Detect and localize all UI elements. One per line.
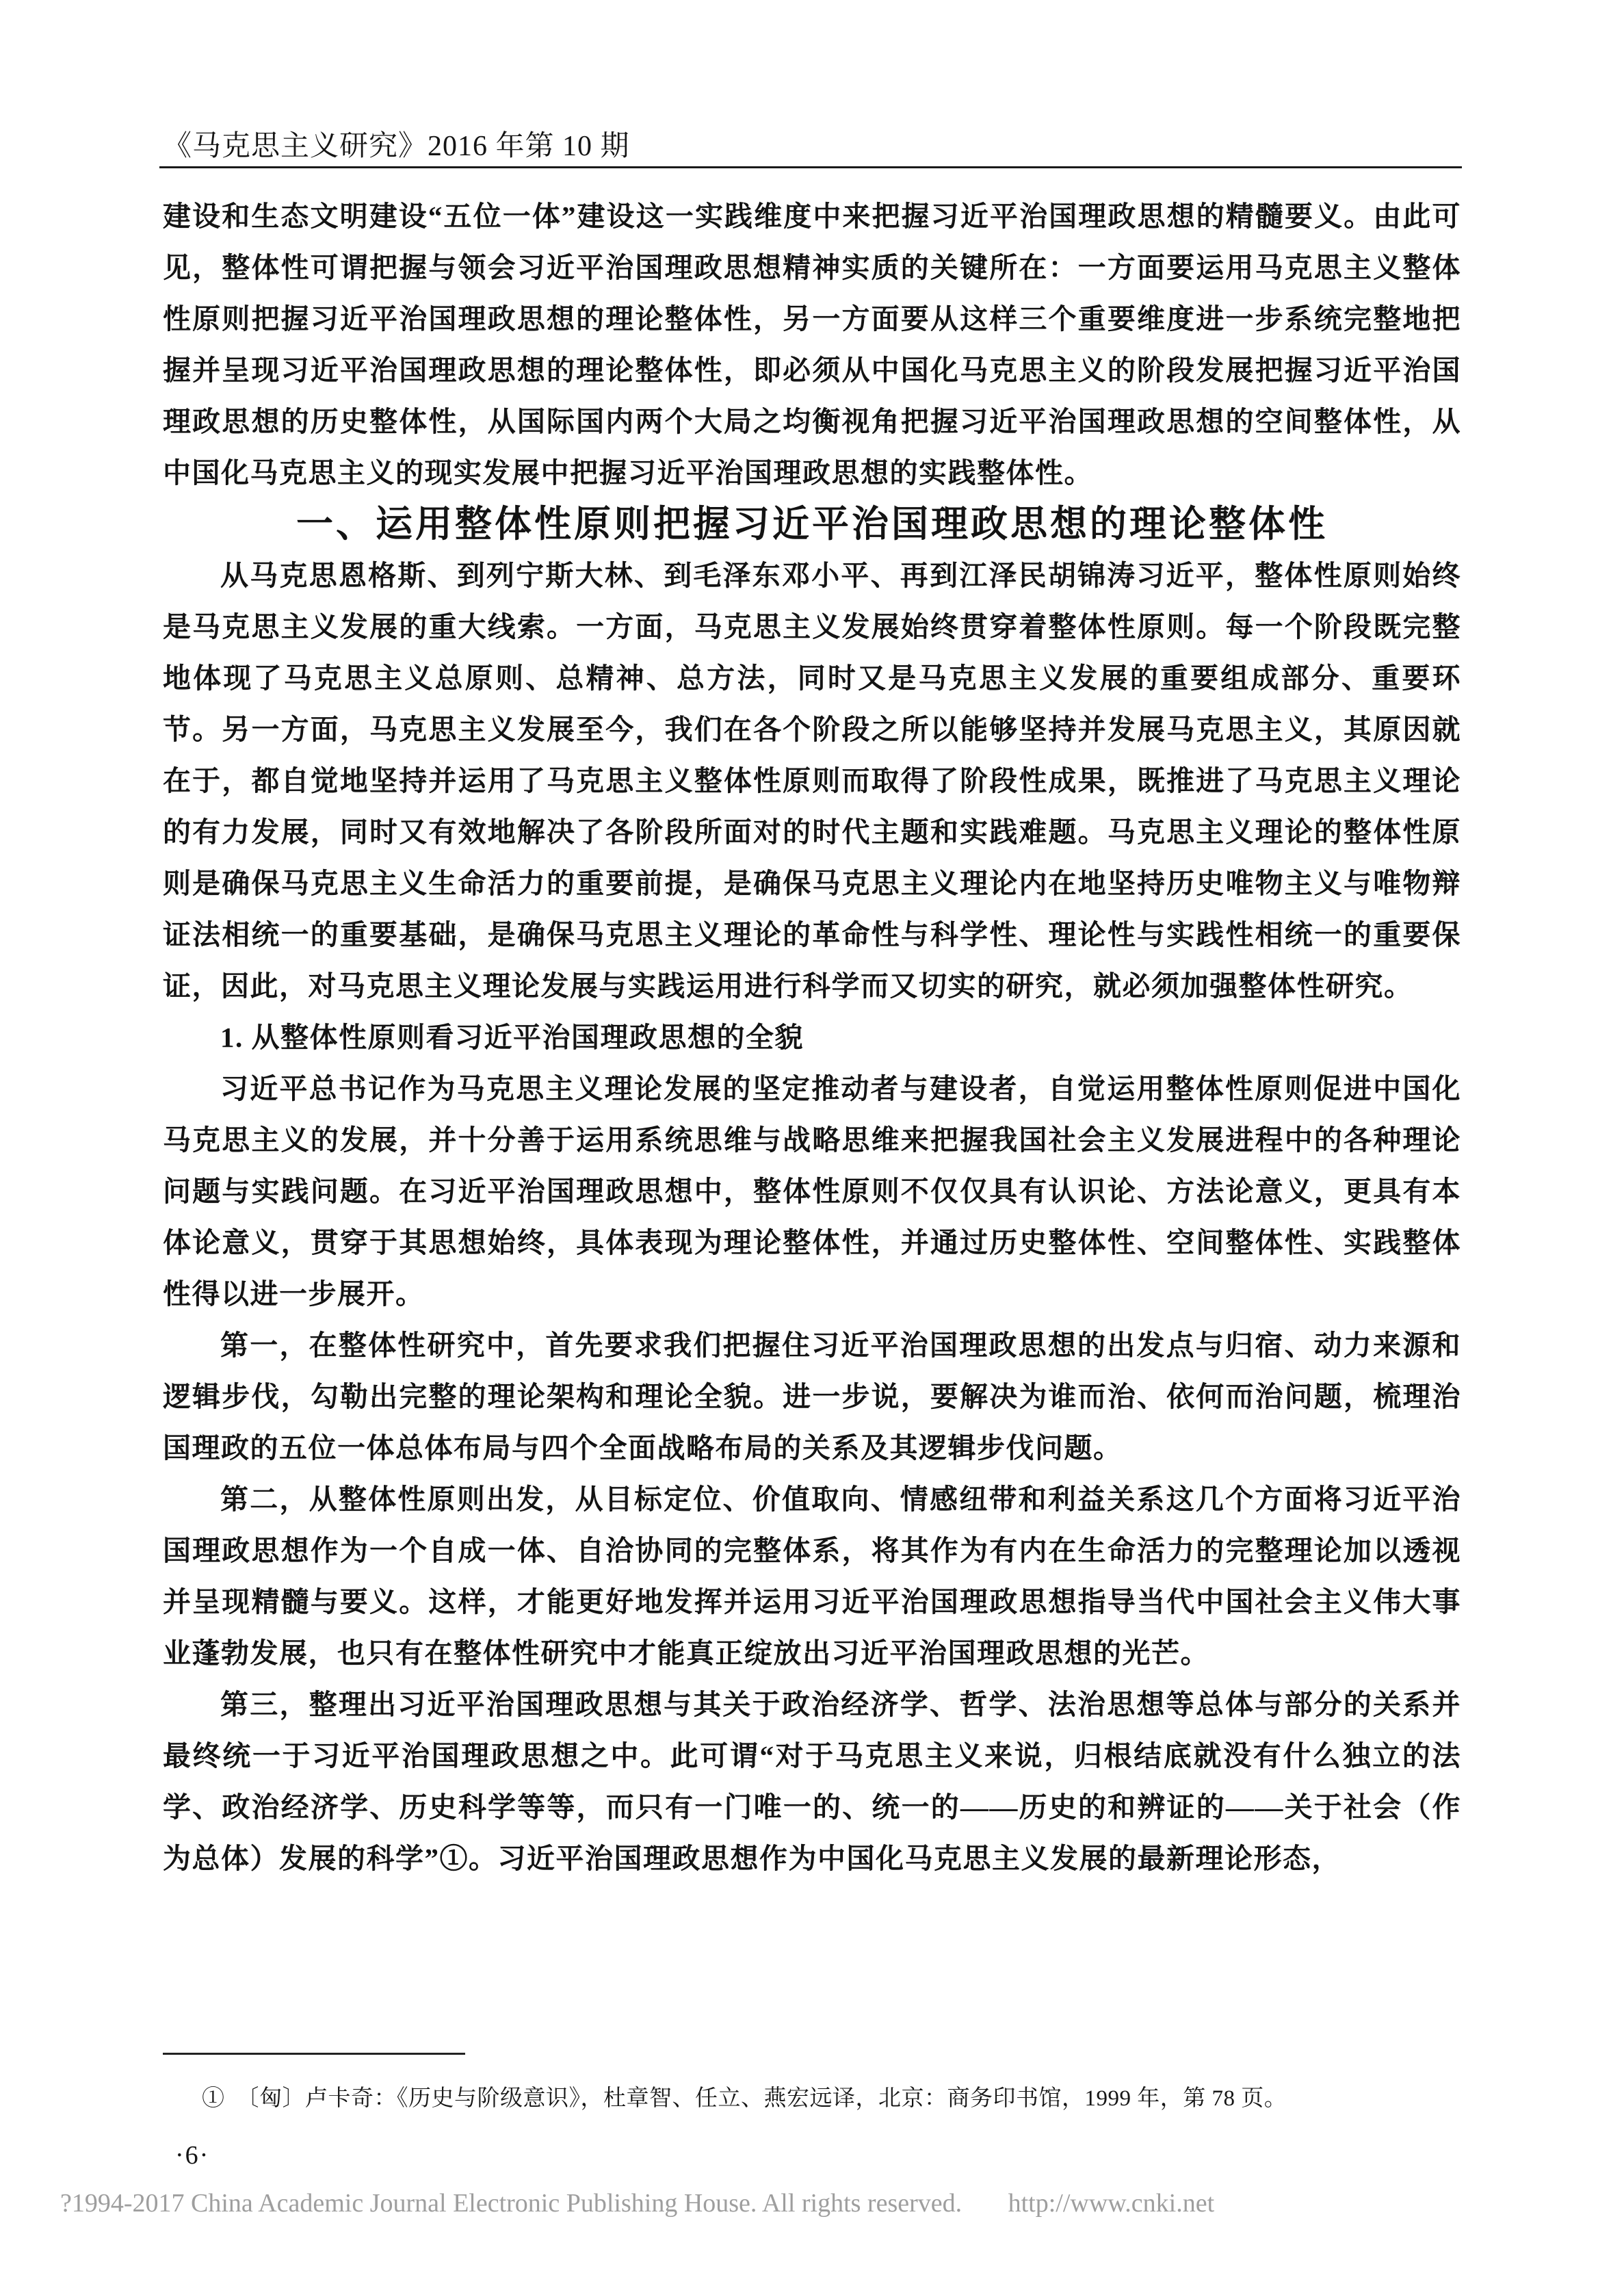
journal-page: 《马克思主义研究》2016 年第 10 期 建设和生态文明建设“五位一体”建设这… [0,0,1624,2271]
paragraph-overview: 从马克思恩格斯、到列宁斯大林、到毛泽东邓小平、再到江泽民胡锦涛习近平，整体性原则… [163,550,1461,1012]
article-body: 建设和生态文明建设“五位一体”建设这一实践维度中来把握习近平治国理政思想的精髓要… [163,191,1461,1884]
paragraph-third: 第三，整理出习近平治国理政思想与其关于政治经济学、哲学、法治思想等总体与部分的关… [163,1679,1461,1884]
paragraph-first: 第一，在整体性研究中，首先要求我们把握住习近平治国理政思想的出发点与归宿、动力来… [163,1320,1461,1474]
page-number: ·6· [175,2140,209,2170]
footer-watermark: ?1994-2017 China Academic Journal Electr… [60,2188,1565,2218]
intro-paragraph: 建设和生态文明建设“五位一体”建设这一实践维度中来把握习近平治国理政思想的精髓要… [163,191,1461,499]
header-rule [159,166,1462,168]
footnote-rule [163,2053,465,2055]
section-heading: 一、运用整体性原则把握习近平治国理政思想的理论整体性 [163,499,1461,550]
journal-header: 《马克思主义研究》2016 年第 10 期 [163,123,630,164]
paragraph-second: 第二，从整体性原则出发，从目标定位、价值取向、情感纽带和利益关系这几个方面将习近… [163,1474,1461,1679]
footer-url: http://www.cnki.net [1008,2189,1215,2218]
footer-copyright-text: ?1994-2017 China Academic Journal Electr… [60,2189,962,2218]
subsection-heading: 1. 从整体性原则看习近平治国理政思想的全貌 [163,1012,1461,1063]
footnote: ① 〔匈〕卢卡奇：《历史与阶级意识》，杜章智、任立、燕宏远译，北京：商务印书馆，… [163,2084,1500,2113]
paragraph-sub1: 习近平总书记作为马克思主义理论发展的坚定推动者与建设者，自觉运用整体性原则促进中… [163,1063,1461,1320]
